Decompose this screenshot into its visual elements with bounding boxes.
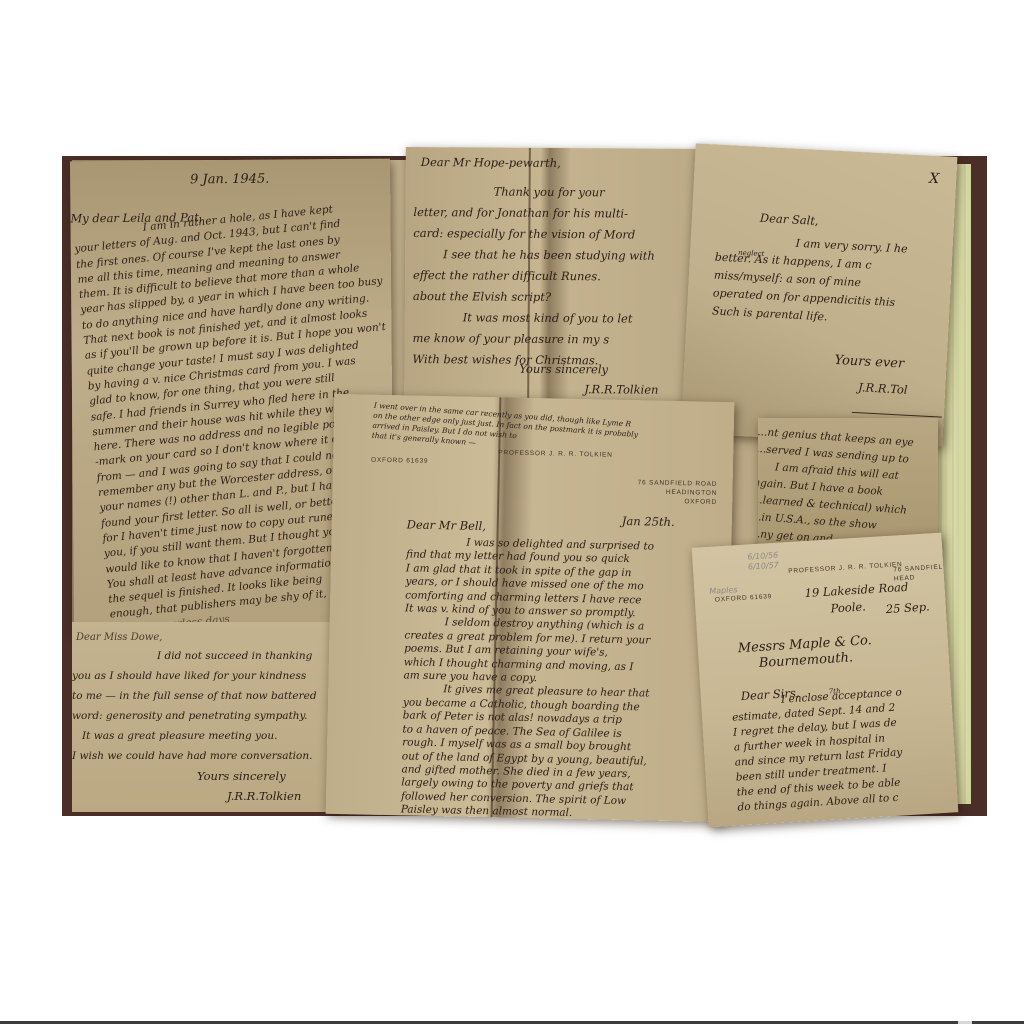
recipient: Messrs Maple & Co. Bournemouth. [737, 633, 873, 673]
letter-closing: Yours sincerely [519, 360, 608, 380]
letter-body: Thank you for your letter, and for Jonat… [412, 181, 655, 372]
pencil-notes: 6/10/56 6/10/57 Maples [747, 551, 780, 595]
letter-date: 25 Sep. [885, 597, 930, 619]
letter-body: ...nt genius that keeps an eye...served … [758, 424, 914, 554]
letter-body: I enclose acceptance o estimate, dated S… [731, 685, 909, 815]
letter-date: 9 Jan. 1945. [190, 170, 269, 190]
letter-salutation: Dear Salt, [759, 209, 819, 231]
interlinear-note: neglect [738, 244, 765, 264]
letter-body: I was so delighted and surprised to find… [401, 535, 655, 822]
letter-maples: 6/10/56 6/10/57 Maples Professor J. R. R… [692, 533, 959, 828]
letterhead-name: Professor J. R. R. Tolkien [788, 561, 903, 575]
letter-closing: Yours ever [834, 351, 905, 374]
corner-mark: X [929, 170, 940, 189]
letterhead-phone: Oxford 61639 [371, 457, 428, 465]
letter-miss-dowe: Dear Miss Dowe, I did not succeed in tha… [72, 622, 342, 812]
letter-signature: J.R.R.Tol [858, 378, 908, 400]
letter-bell: I went over in the same car recently as … [326, 394, 735, 822]
letter-body: I did not succeed in thanking you as I s… [72, 646, 317, 766]
letter-salutation: Dear Mr Hope-pewarth, [421, 153, 561, 173]
letterhead-address: 76 Sandfield Road Headington Oxford [637, 478, 717, 507]
underline [852, 412, 942, 418]
letter-signature: J.R.R.Tolkien [584, 380, 658, 400]
letter-hope: Dear Mr Hope-pewarth, Thank you for your… [404, 147, 706, 407]
letter-closing: Yours sincerely [197, 767, 286, 786]
letter-salutation: Dear Miss Dowe, [76, 628, 162, 647]
letter-date: Jan 25th. [622, 512, 675, 532]
letter-signature: J.R.R.Tolkien [227, 787, 301, 806]
letter-salutation: Dear Mr Bell, [407, 515, 487, 536]
letterhead-name: Professor J. R. R. Tolkien [498, 449, 613, 458]
interlinear-note: 7th [828, 682, 841, 702]
